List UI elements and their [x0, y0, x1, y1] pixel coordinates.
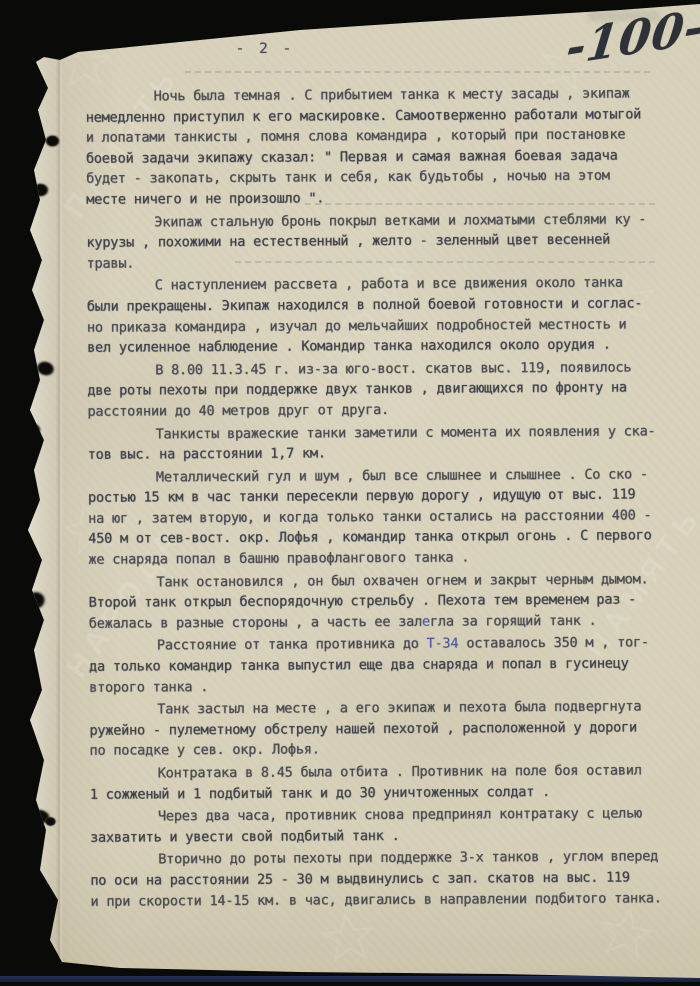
paragraph: Танкисты вражеские танки заметили с моме…: [88, 421, 678, 466]
text-line: Расстояние от танка противника до Т-34 о…: [89, 633, 679, 657]
text-line: Экипаж стальную бронь покрыл ветками и л…: [86, 209, 676, 233]
text-line: Танк остановился , он был охвачен огнем …: [88, 569, 678, 593]
text-line: Танкисты вражеские танки заметили с моме…: [88, 421, 678, 445]
star-watermark-icon: [320, 909, 377, 964]
text-line: тов выс. на расстоянии 1,7 км.: [88, 441, 678, 465]
text-line: месте ничего и не произошло ".: [86, 186, 676, 210]
paragraph: Металлический гул и шум , был все слышне…: [88, 464, 679, 571]
paragraph: Танк застыл на месте , а его экипаж и пе…: [89, 696, 679, 761]
text-line: Контратака в 8.45 была отбита . Противни…: [90, 760, 680, 784]
paragraph: Через два часа, противник снова предприн…: [90, 803, 680, 848]
paragraph: Танк остановился , он был охвачен огнем …: [88, 569, 678, 634]
paragraph: Ночь была темная . С прибытием танка к м…: [85, 83, 676, 210]
page-number: - 2 -: [205, 41, 325, 57]
text-line: Танк застыл на месте , а его экипаж и пе…: [89, 696, 679, 720]
paragraph: В 8.00 11.3.45 г. из-за юго-вост. скатов…: [87, 357, 677, 422]
scan-bottom-blue-strip: [0, 976, 700, 982]
punch-hole: [44, 134, 61, 148]
text-line: расстоянии до 40 метров друг от друга.: [87, 398, 677, 422]
text-line: и при скорости 14-15 км. в час, двигалис…: [90, 888, 680, 912]
text-line: второго танка .: [89, 674, 679, 698]
text-line: захватить и увести свой подбитый танк .: [90, 824, 680, 848]
punch-hole: [44, 816, 57, 827]
star-watermark-icon: [596, 904, 656, 962]
text-line: будет - закопать, скрыть танк и себя, ка…: [86, 166, 676, 190]
text-line: Ночь была темная . С прибытием танка к м…: [85, 83, 675, 107]
text-line: С наступлением рассвета , работа и все д…: [87, 273, 677, 297]
text-line: Металлический гул и шум , был все слышне…: [88, 464, 678, 488]
text-line: бежалась в разные стороны , а часть ее з…: [89, 610, 679, 634]
paragraph: С наступлением рассвета , работа и все д…: [87, 273, 677, 359]
text-line: Через два часа, противник снова предприн…: [90, 803, 680, 827]
text-line: но приказа командира , изучал до мельчай…: [87, 314, 677, 338]
paragraph: Экипаж стальную бронь покрыл ветками и л…: [86, 209, 676, 274]
paragraph: Расстояние от танка противника до Т-34 о…: [89, 633, 679, 698]
text-line: вел усиленное наблюдение . Командир танк…: [87, 334, 677, 358]
text-line: по посадке у сев. окр. Лофья.: [89, 738, 679, 762]
text-line: травы.: [86, 250, 676, 274]
blue-ink-correction: Т-34: [427, 636, 459, 652]
text-line: Вторично до роты пехоты при поддержке 3-…: [90, 847, 680, 871]
document-sheet: ПАМЯТЬ НАРОДА ПАМЯТЬ НАРОДА - 2 - -100- …: [0, 0, 700, 986]
text-line: на юг , затем вторую, и когда только тан…: [88, 505, 678, 529]
text-line: В 8.00 11.3.45 г. из-за юго-вост. скатов…: [87, 357, 677, 381]
paragraph: Вторично до роты пехоты при поддержке 3-…: [90, 847, 680, 912]
document-text: Ночь была темная . С прибытием танка к м…: [85, 83, 680, 914]
text-line: и лопатами танкисты , помня слова команд…: [86, 124, 676, 148]
paragraph: Контратака в 8.45 была отбита . Противни…: [90, 760, 680, 805]
text-line: же снаряда попал в башню правофлангового…: [88, 546, 678, 570]
text-line: 1 сожженый и 1 подбитый танк и до 30 уни…: [90, 781, 680, 805]
